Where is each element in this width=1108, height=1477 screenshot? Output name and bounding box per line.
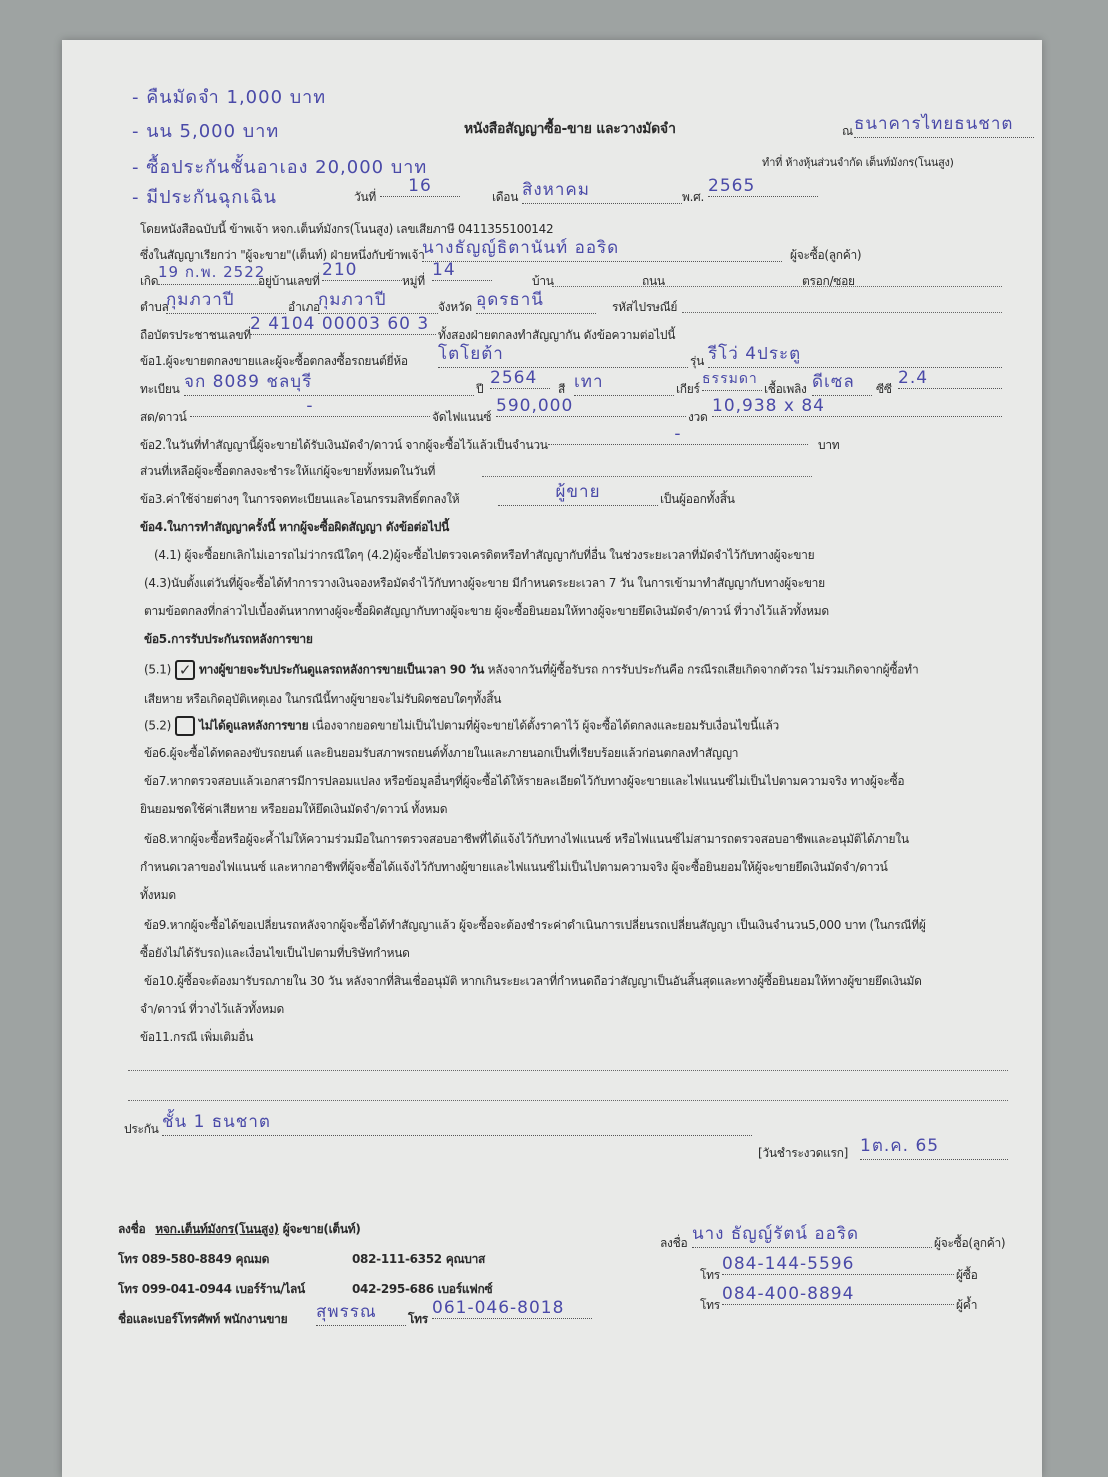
- born-value: 19 ก.พ. 2522: [158, 260, 258, 285]
- car-model: รีโว่ 4ประตู: [708, 340, 1002, 368]
- finance-value: 590,000: [496, 396, 686, 417]
- clause8-line3: ทั้งหมด: [140, 886, 176, 905]
- contract-document: - คืนมัดจำ 1,000 บาท - นน 5,000 บาท - ซื…: [62, 40, 1042, 1477]
- month-label: เดือน: [492, 188, 518, 207]
- clause9-line2: ซื้อยังไม่ได้รับรถ)และเงื่อนไขเป็นไปตามท…: [140, 944, 410, 963]
- clause9-line1: ข้อ9.หากผู้จะซื้อได้ขอเปลี่ยนรถหลังจากผู…: [144, 916, 926, 935]
- buyer-sign-label: ลงชื่อ: [660, 1234, 687, 1253]
- option2-number: (5.2): [144, 719, 171, 733]
- warranty-option-1: (5.1)✓ทางผู้ขายจะรับประกันดูแลรถหลังการข…: [144, 660, 918, 680]
- option1-title: ทางผู้ขายจะรับประกันดูแลรถหลังการขายเป็น…: [199, 663, 484, 677]
- buyer-tel2-label: โทร: [700, 1296, 720, 1315]
- district-value: กุมภวาปี: [318, 286, 438, 314]
- subdistrict-label: ตำบล: [140, 298, 169, 317]
- installment-value: 10,938 x 84: [712, 396, 1002, 417]
- clause4-title: ข้อ4.ในการทำสัญญาครั้งนี้ หากผู้จะซื้อผิ…: [140, 518, 449, 537]
- deposit-unit: บาท: [818, 436, 839, 455]
- first-payment-label: [วันชำระงวดแรก]: [758, 1144, 848, 1163]
- month-value: สิงหาคม: [522, 176, 682, 204]
- clause3-suffix: เป็นผู้ออกทั้งสิ้น: [660, 490, 735, 509]
- note-4: - มีประกันฉุกเฉิน: [132, 182, 277, 211]
- date-value: 16: [380, 176, 460, 197]
- seller-name: หจก.เต็นท์มังกร(โนนสูง): [155, 1222, 279, 1236]
- clause8-line1: ข้อ8.หากผู้จะซื้อหรือผู้จะค้ำไม่ให้ความร…: [144, 830, 909, 849]
- gear-value: ธรรมดา: [702, 368, 762, 391]
- at-value: ธนาคารไทยธนชาต: [854, 110, 1034, 138]
- province-value: อุดรธานี: [476, 286, 596, 314]
- buyer-suffix: ผู้จะซื้อ(ลูกค้า): [790, 246, 861, 265]
- car-brand: โตโยต้า: [438, 340, 688, 368]
- buyer-tel-1: 084-144-5596: [722, 1254, 954, 1275]
- plate-label: ทะเบียน: [140, 380, 180, 399]
- clause6: ข้อ6.ผู้จะซื้อได้ทดลองขับรถยนต์ และยินยอ…: [144, 744, 738, 763]
- warranty-option-2: (5.2)ไม่ได้ดูแลหลังการขาย เนื่องจากยอดขา…: [144, 716, 779, 736]
- clause7-line1: ข้อ7.หากตรวจสอบแล้วเอกสารมีการปลอมแปลง ห…: [144, 772, 904, 791]
- note-2: - นน 5,000 บาท: [132, 116, 279, 145]
- clause8-line2: กำหนดเวลาของไฟแนนซ์ และหากอาชีพที่ผู้จะซ…: [140, 858, 888, 877]
- seller-role: ผู้จะขาย(เต็นท์): [283, 1222, 361, 1236]
- at-label: ณ: [842, 122, 853, 141]
- province-label: จังหวัด: [438, 298, 472, 317]
- option2-checkbox[interactable]: [175, 716, 195, 736]
- road-label: ถนน: [642, 272, 665, 291]
- finance-label: จัดไฟแนนซ์: [432, 408, 491, 427]
- deposit-amount: -: [548, 424, 808, 445]
- year-label: พ.ศ.: [682, 188, 704, 207]
- seller-tel-4: 042-295-686 เบอร์แฟกซ์: [352, 1280, 492, 1299]
- clause10-line1: ข้อ10.ผู้ซื้อจะต้องมารับรถภายใน 30 วัน ห…: [144, 972, 922, 991]
- buyer-tel2-role: ผู้ค้ำ: [956, 1296, 977, 1315]
- seller-tel-2: 082-111-6352 คุณบาส: [352, 1250, 485, 1269]
- id-label: ถือบัตรประชาชนเลขที่: [140, 326, 251, 345]
- down-label: สด/ดาวน์: [140, 408, 187, 427]
- option1-text2: เสียหาย หรือเกิดอุบัติเหตุเอง ในกรณีนี้ท…: [144, 690, 501, 709]
- option1-checkbox[interactable]: ✓: [175, 660, 195, 680]
- staff-label: ชื่อและเบอร์โทรศัพท์ พนักงานขาย: [118, 1310, 287, 1329]
- seller-sign-label: ลงชื่อ: [118, 1222, 145, 1236]
- moo-value: 14: [432, 260, 492, 281]
- cc-value: 2.4: [898, 368, 1002, 389]
- clause11-label: ข้อ11.กรณี เพิ่มเติมอื่น: [140, 1028, 253, 1047]
- clause4-line3: ตามข้อตกลงที่กล่าวไปเบื้องต้นหากทางผู้จะ…: [144, 602, 829, 621]
- option1-number: (5.1): [144, 663, 171, 677]
- seller-sign-block: ลงชื่อ หจก.เต็นท์มังกร(โนนสูง) ผู้จะขาย(…: [118, 1220, 361, 1239]
- car-year-label: ปี: [476, 380, 483, 399]
- down-value: -: [190, 396, 430, 417]
- clause4-line2: (4.3)นับตั้งแต่วันที่ผู้จะซื้อได้ทำการวา…: [144, 574, 825, 593]
- option2-title: ไม่ได้ดูแลหลังการขาย: [199, 719, 308, 733]
- subdistrict-value: กุมภวาปี: [166, 286, 286, 314]
- car-color: เทา: [574, 368, 674, 396]
- clause3-label: ข้อ3.ค่าใช้จ่ายต่างๆ ในการจดทะเบียนและโอ…: [140, 490, 459, 509]
- soi-label: ตรอก/ซอย: [802, 272, 855, 291]
- buyer-name: นางธัญญ์ธิตานันท์ ออริด: [422, 234, 782, 262]
- clause4-line1: (4.1) ผู้จะซื้อยกเลิกไม่เอารถไม่ว่ากรณีใ…: [154, 546, 814, 565]
- zip-label: รหัสไปรษณีย์: [612, 298, 677, 317]
- buyer-role: ผู้จะซื้อ(ลูกค้า): [934, 1234, 1005, 1253]
- fee-payer: ผู้ขาย: [498, 478, 658, 506]
- seller-tel-1: โทร 089-580-8849 คุณมด: [118, 1250, 269, 1269]
- seller-tel-3: โทร 099-041-0944 เบอร์ร้าน/ไลน์: [118, 1280, 305, 1299]
- born-label: เกิด: [140, 272, 158, 291]
- clause2-label: ข้อ2.ในวันที่ทำสัญญานี้ผู้จะขายได้รับเงิ…: [140, 436, 548, 455]
- fuel-value: ดีเซล: [812, 368, 872, 396]
- buyer-tel1-label: โทร: [700, 1266, 720, 1285]
- staff-tel-label: โทร: [408, 1310, 428, 1329]
- insurance-value: ชั้น 1 ธนชาต: [162, 1108, 752, 1136]
- clause7-line2: ยินยอมชดใช้ค่าเสียหาย หรือยอมให้ยึดเงินม…: [140, 800, 447, 819]
- plate-value: จก 8089 ชลบุรี: [184, 368, 474, 396]
- option2-text: เนื่องจากยอดขายไม่เป็นไปตามที่ผู้จะขายได…: [308, 719, 779, 733]
- page-title: หนังสือสัญญาซื้อ-ขาย และวางมัดจำ: [464, 118, 676, 140]
- option1-text: หลังจากวันที่ผู้ซื้อรับรถ การรับประกันคื…: [484, 663, 918, 677]
- clause5-title: ข้อ5.การรับประกันรถหลังการขาย: [144, 630, 313, 649]
- clause10-line2: จำ/ดาวน์ ที่วางไว้แล้วทั้งหมด: [140, 1000, 284, 1019]
- year-value: 2565: [708, 176, 818, 197]
- first-payment-value: 1ต.ค. 65: [860, 1132, 1008, 1160]
- buyer-tel1-role: ผู้ซื้อ: [956, 1266, 977, 1285]
- note-1: - คืนมัดจำ 1,000 บาท: [132, 82, 326, 111]
- staff-name: สุพรรณ: [316, 1298, 406, 1326]
- buyer-signature: นาง ธัญญ์รัตน์ ออริด: [692, 1220, 932, 1248]
- rest-label: ส่วนที่เหลือผู้จะซื้อตกลงจะชำระให้แก่ผู้…: [140, 462, 435, 481]
- buyer-tel-2: 084-400-8894: [722, 1284, 954, 1305]
- insurance-label: ประกัน: [124, 1120, 158, 1139]
- house-value: 210: [322, 260, 402, 281]
- staff-tel: 061-046-8018: [432, 1298, 592, 1319]
- date-label: วันที่: [354, 188, 376, 207]
- place-label: ทำที่ ห้างหุ้นส่วนจำกัด เต็นท์มังกร(โนนส…: [762, 153, 954, 171]
- car-year: 2564: [490, 368, 550, 389]
- id-value: 2 4104 00003 60 3: [250, 314, 436, 335]
